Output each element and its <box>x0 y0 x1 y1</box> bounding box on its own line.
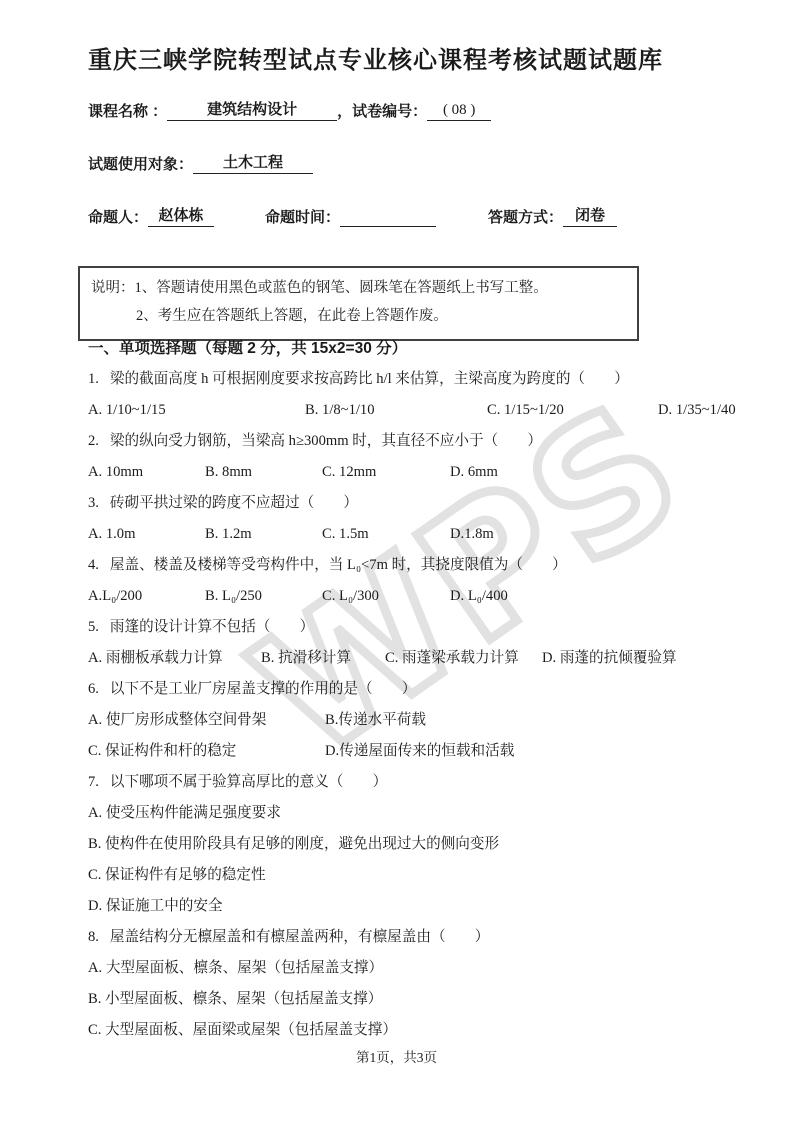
audience-label: 试题使用对象： <box>88 156 193 173</box>
date-label: 命题时间： <box>265 209 340 226</box>
section-heading: 一、单项选择题（每题 2 分，共 15x2=30 分） <box>88 336 407 358</box>
audience-field: 土木工程 <box>193 153 313 174</box>
option-row: A. 1/10~1/15B. 1/8~1/10C. 1/15~1/20D. 1/… <box>88 395 748 426</box>
instruction-line-2: 2、考生应在答题纸上答题，在此卷上答题作废。 <box>136 304 627 328</box>
option: A. 10mm <box>88 457 205 488</box>
option-row: C. 保证构件和杆的稳定D.传递屋面传来的恒载和活载 <box>88 736 748 767</box>
question-stem: 6. 以下不是工业厂房屋盖支撑的作用的是（ ） <box>88 674 748 705</box>
option-row: B. 小型屋面板、檩条、屋架（包括屋盖支撑） <box>88 984 748 1015</box>
option: C. 1/15~1/20 <box>487 395 658 426</box>
option-row: A. 10mmB. 8mmC. 12mmD. 6mm <box>88 457 748 488</box>
option: B. 1/8~1/10 <box>305 395 487 426</box>
question-stem: 3. 砖砌平拱过梁的跨度不应超过（ ） <box>88 488 748 519</box>
option: A. 1.0m <box>88 519 205 550</box>
option: A. 大型屋面板、檩条、屋架（包括屋盖支撑） <box>88 953 383 984</box>
instruction-line-1: 说明：1、答题请使用黑色或蓝色的钢笔、圆珠笔在答题纸上书写工整。 <box>91 276 627 300</box>
answer-mode-label: 答题方式： <box>488 209 563 226</box>
page-number-footer: 第1页，共3页 <box>0 1046 793 1066</box>
questions-list: 1. 梁的截面高度 h 可根据刚度要求按高跨比 h/l 来估算，主梁高度为跨度的… <box>88 364 748 1046</box>
option: D.传递屋面传来的恒载和活载 <box>325 736 514 767</box>
option: C. 保证构件有足够的稳定性 <box>88 860 266 891</box>
option-row: A. 雨棚板承载力计算B. 抗滑移计算C. 雨蓬梁承载力计算D. 雨蓬的抗倾覆验… <box>88 643 748 674</box>
option: D. 雨蓬的抗倾覆验算 <box>542 643 677 674</box>
option-row: A. 使厂房形成整体空间骨架B.传递水平荷载 <box>88 705 748 736</box>
option: D. L₀/400 <box>450 581 508 612</box>
option: B.传递水平荷载 <box>325 705 426 736</box>
option: B. 小型屋面板、檩条、屋架（包括屋盖支撑） <box>88 984 382 1015</box>
option: D.1.8m <box>450 519 494 550</box>
option: A. 使厂房形成整体空间骨架 <box>88 705 325 736</box>
paper-number-label: ，试卷编号： <box>337 103 427 120</box>
option-row: A.L₀/200B. L₀/250C. L₀/300D. L₀/400 <box>88 581 748 612</box>
option-row: A. 大型屋面板、檩条、屋架（包括屋盖支撑） <box>88 953 748 984</box>
option: C. 保证构件和杆的稳定 <box>88 736 325 767</box>
option-row: D. 保证施工中的安全 <box>88 891 748 922</box>
option-row: C. 保证构件有足够的稳定性 <box>88 860 748 891</box>
option: C. L₀/300 <box>322 581 450 612</box>
option: C. 12mm <box>322 457 450 488</box>
question-stem: 1. 梁的截面高度 h 可根据刚度要求按高跨比 h/l 来估算，主梁高度为跨度的… <box>88 364 748 395</box>
option: B. 使构件在使用阶段具有足够的刚度，避免出现过大的侧向变形 <box>88 829 499 860</box>
option: A. 使受压构件能满足强度要求 <box>88 798 281 829</box>
option: B. 抗滑移计算 <box>261 643 385 674</box>
option: B. 8mm <box>205 457 322 488</box>
question-stem: 2. 梁的纵向受力钢筋，当梁高 h≥300mm 时，其直径不应小于（ ） <box>88 426 748 457</box>
header-audience-row: 试题使用对象：土木工程 <box>88 153 313 174</box>
exam-paper-page: WPS 重庆三峡学院转型试点专业核心课程考核试题试题库 课程名称 ：建筑结构设计… <box>0 0 793 1122</box>
course-name-field: 建筑结构设计 <box>167 100 337 121</box>
option: B. L₀/250 <box>205 581 322 612</box>
option-row: A. 1.0mB. 1.2mC. 1.5mD.1.8m <box>88 519 748 550</box>
question-stem: 7. 以下哪项不属于验算高厚比的意义（ ） <box>88 767 748 798</box>
author-label: 命题人： <box>88 209 148 226</box>
answer-mode-field: 闭卷 <box>563 206 617 227</box>
option: C. 大型屋面板、屋面梁或屋架（包括屋盖支撑） <box>88 1015 397 1046</box>
instructions-box: 说明：1、答题请使用黑色或蓝色的钢笔、圆珠笔在答题纸上书写工整。 2、考生应在答… <box>78 266 639 341</box>
page-title: 重庆三峡学院转型试点专业核心课程考核试题试题库 <box>88 40 663 75</box>
course-name-label: 课程名称 ： <box>88 103 167 120</box>
author-field: 赵体栋 <box>148 206 214 227</box>
option-row: B. 使构件在使用阶段具有足够的刚度，避免出现过大的侧向变形 <box>88 829 748 860</box>
paper-number-field: ( 08 ) <box>427 100 491 121</box>
option-row: C. 大型屋面板、屋面梁或屋架（包括屋盖支撑） <box>88 1015 748 1046</box>
option: C. 雨蓬梁承载力计算 <box>385 643 542 674</box>
option: C. 1.5m <box>322 519 450 550</box>
option-row: A. 使受压构件能满足强度要求 <box>88 798 748 829</box>
date-field <box>340 206 436 227</box>
option: A. 1/10~1/15 <box>88 395 305 426</box>
question-stem: 4. 屋盖、楼盖及楼梯等受弯构件中，当 L₀<7m 时，其挠度限值为（ ） <box>88 550 748 581</box>
option: A. 雨棚板承载力计算 <box>88 643 261 674</box>
option: A.L₀/200 <box>88 581 205 612</box>
header-course-row: 课程名称 ：建筑结构设计，试卷编号：( 08 ) <box>88 100 491 121</box>
question-stem: 8. 屋盖结构分无檩屋盖和有檩屋盖两种，有檩屋盖由（ ） <box>88 922 748 953</box>
option: B. 1.2m <box>205 519 322 550</box>
option: D. 1/35~1/40 <box>658 395 736 426</box>
header-author-row: 命题人：赵体栋命题时间：答题方式：闭卷 <box>88 206 617 227</box>
option: D. 保证施工中的安全 <box>88 891 223 922</box>
option: D. 6mm <box>450 457 498 488</box>
question-stem: 5. 雨篷的设计计算不包括（ ） <box>88 612 748 643</box>
